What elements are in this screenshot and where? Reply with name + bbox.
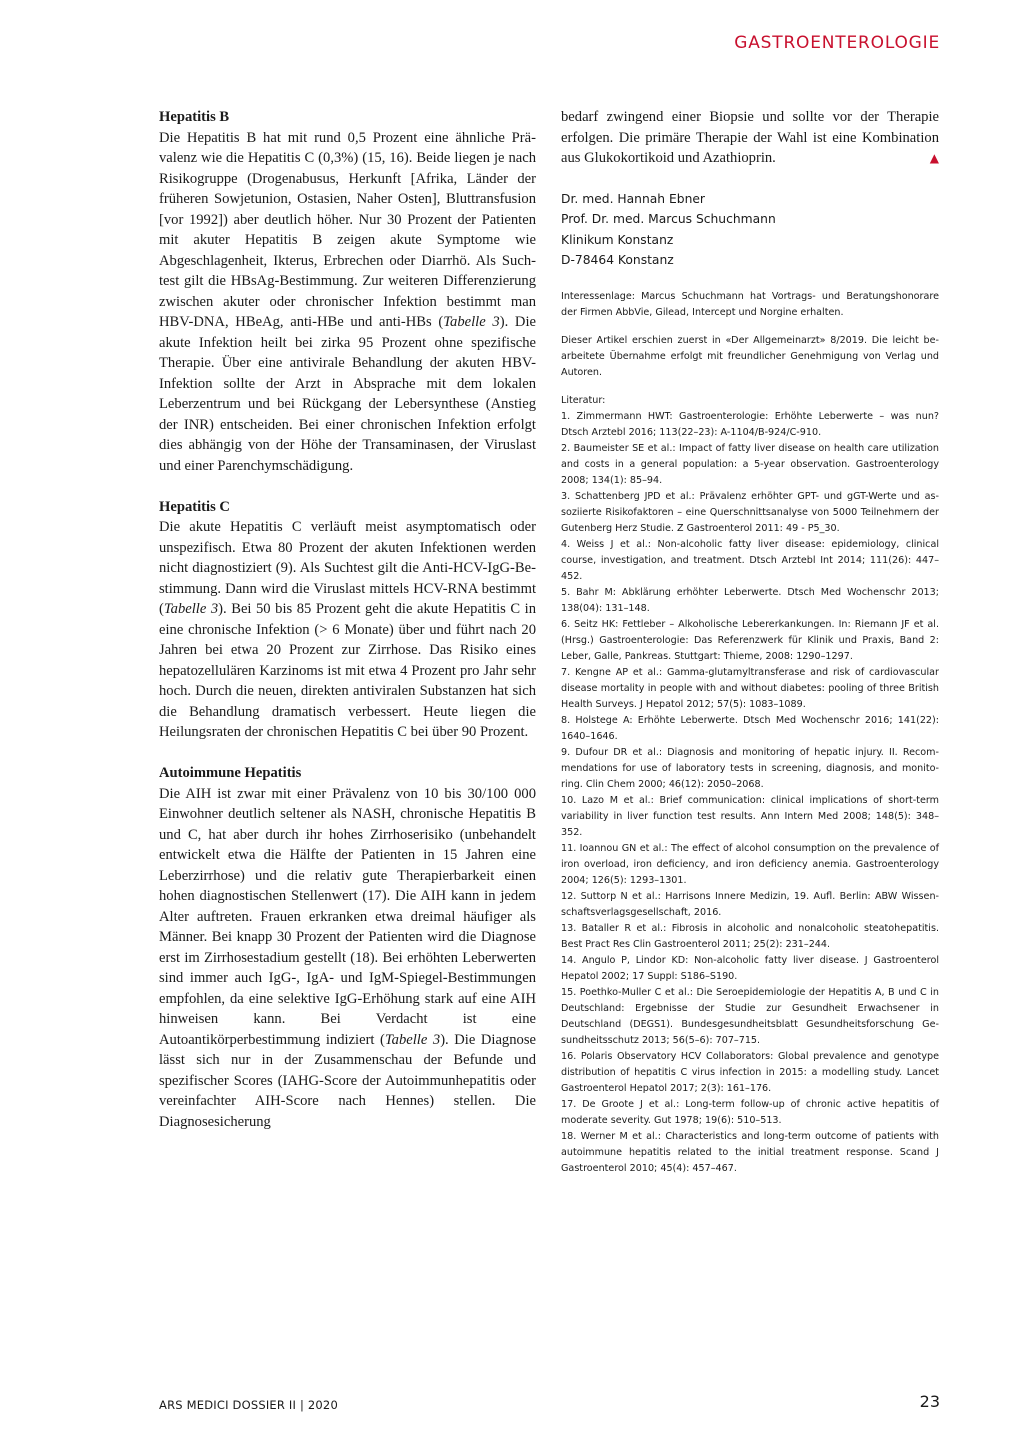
reference-item: 5. Bahr M: Abklärung erhöhter Leberwerte… xyxy=(561,585,939,617)
hepatitis-b-text-1: Die Hepatitis B hat mit rund 0,5 Prozent… xyxy=(159,130,536,331)
reference-item: 1. Zimmermann HWT: Gastroenterologie: Er… xyxy=(561,409,939,441)
reference-item: 13. Bataller R et al.: Fibrosis in alcoh… xyxy=(561,921,939,953)
table-reference: Tabelle 3 xyxy=(385,1032,440,1048)
author-address: D-78464 Konstanz xyxy=(561,250,939,271)
autoimmune-text-1: Die AIH ist zwar mit einer Prävalenz von… xyxy=(159,786,536,1048)
reference-item: 16. Polaris Observatory HCV Collaborator… xyxy=(561,1049,939,1097)
reference-item: 17. De Groote J et al.: Long-term follow… xyxy=(561,1097,939,1129)
right-column: bedarf zwingend einer Biopsie und sollte… xyxy=(561,107,939,1177)
references-heading: Literatur: xyxy=(561,393,939,409)
reference-item: 8. Holstege A: Erhöhte Leberwerte. Dtsch… xyxy=(561,713,939,745)
left-column: Hepatitis B Die Hepatitis B hat mit rund… xyxy=(159,107,536,1132)
hepatitis-c-paragraph: Die akute Hepatitis C verläuft meist asy… xyxy=(159,517,536,743)
autoimmune-hepatitis-section: Autoimmune Hepatitis Die AIH ist zwar mi… xyxy=(159,763,536,1132)
end-of-article-triangle-icon: ▲ xyxy=(930,148,939,169)
reference-item: 9. Dufour DR et al.: Diagnosis and monit… xyxy=(561,745,939,793)
author-name: Prof. Dr. med. Marcus Schuchmann xyxy=(561,209,939,230)
author-block: Dr. med. Hannah Ebner Prof. Dr. med. Mar… xyxy=(561,189,939,271)
reference-item: 3. Schattenberg JPD et al.: Prävalenz er… xyxy=(561,489,939,537)
original-publication-note: Dieser Artikel erschien zuerst in «Der A… xyxy=(561,333,939,381)
table-reference: Tabelle 3 xyxy=(443,314,499,330)
conflict-of-interest-note: Interessenlage: Marcus Schuchmann hat Vo… xyxy=(561,289,939,321)
continuation-text: bedarf zwingend einer Biopsie und sollte… xyxy=(561,109,939,166)
reference-item: 4. Weiss J et al.: Non-alcoholic fatty l… xyxy=(561,537,939,585)
reference-item: 10. Lazo M et al.: Brief communication: … xyxy=(561,793,939,841)
reference-item: 12. Suttorp N et al.: Harrisons Innere M… xyxy=(561,889,939,921)
reference-item: 6. Seitz HK: Fettleber – Alkoholische Le… xyxy=(561,617,939,665)
table-reference: Tabelle 3 xyxy=(164,601,218,617)
hepatitis-b-text-2: ). Die akute Infektion heilt bei zirka 9… xyxy=(159,314,536,474)
hepatitis-b-section: Hepatitis B Die Hepatitis B hat mit rund… xyxy=(159,107,536,476)
reference-list: 1. Zimmermann HWT: Gastroenterologie: Er… xyxy=(561,409,939,1177)
reference-item: 7. Kengne AP et al.: Gamma-glutamyltrans… xyxy=(561,665,939,713)
section-title: GASTROENTEROLOGIE xyxy=(734,33,940,53)
hepatitis-c-section: Hepatitis C Die akute Hepatitis C verläu… xyxy=(159,497,536,743)
reference-item: 14. Angulo P, Lindor KD: Non-alcoholic f… xyxy=(561,953,939,985)
hepatitis-b-heading: Hepatitis B xyxy=(159,107,536,128)
page-number: 23 xyxy=(920,1392,940,1411)
hepatitis-b-paragraph: Die Hepatitis B hat mit rund 0,5 Prozent… xyxy=(159,128,536,477)
hepatitis-c-text-2: ). Bei 50 bis 85 Prozent geht die akute … xyxy=(159,601,536,740)
reference-item: 15. Poethko-Muller C et al.: Die Seroepi… xyxy=(561,985,939,1049)
reference-item: 2. Baumeister SE et al.: Impact of fatty… xyxy=(561,441,939,489)
hepatitis-c-heading: Hepatitis C xyxy=(159,497,536,518)
autoimmune-hepatitis-heading: Autoimmune Hepatitis xyxy=(159,763,536,784)
autoimmune-hepatitis-paragraph: Die AIH ist zwar mit einer Prävalenz von… xyxy=(159,784,536,1133)
continuation-paragraph: bedarf zwingend einer Biopsie und sollte… xyxy=(561,107,939,169)
author-name: Dr. med. Hannah Ebner xyxy=(561,189,939,210)
reference-item: 11. Ioannou GN et al.: The effect of alc… xyxy=(561,841,939,889)
reference-item: 18. Werner M et al.: Characteristics and… xyxy=(561,1129,939,1177)
author-institution: Klinikum Konstanz xyxy=(561,230,939,251)
publication-footer: ARS MEDICI DOSSIER II | 2020 xyxy=(159,1398,338,1412)
